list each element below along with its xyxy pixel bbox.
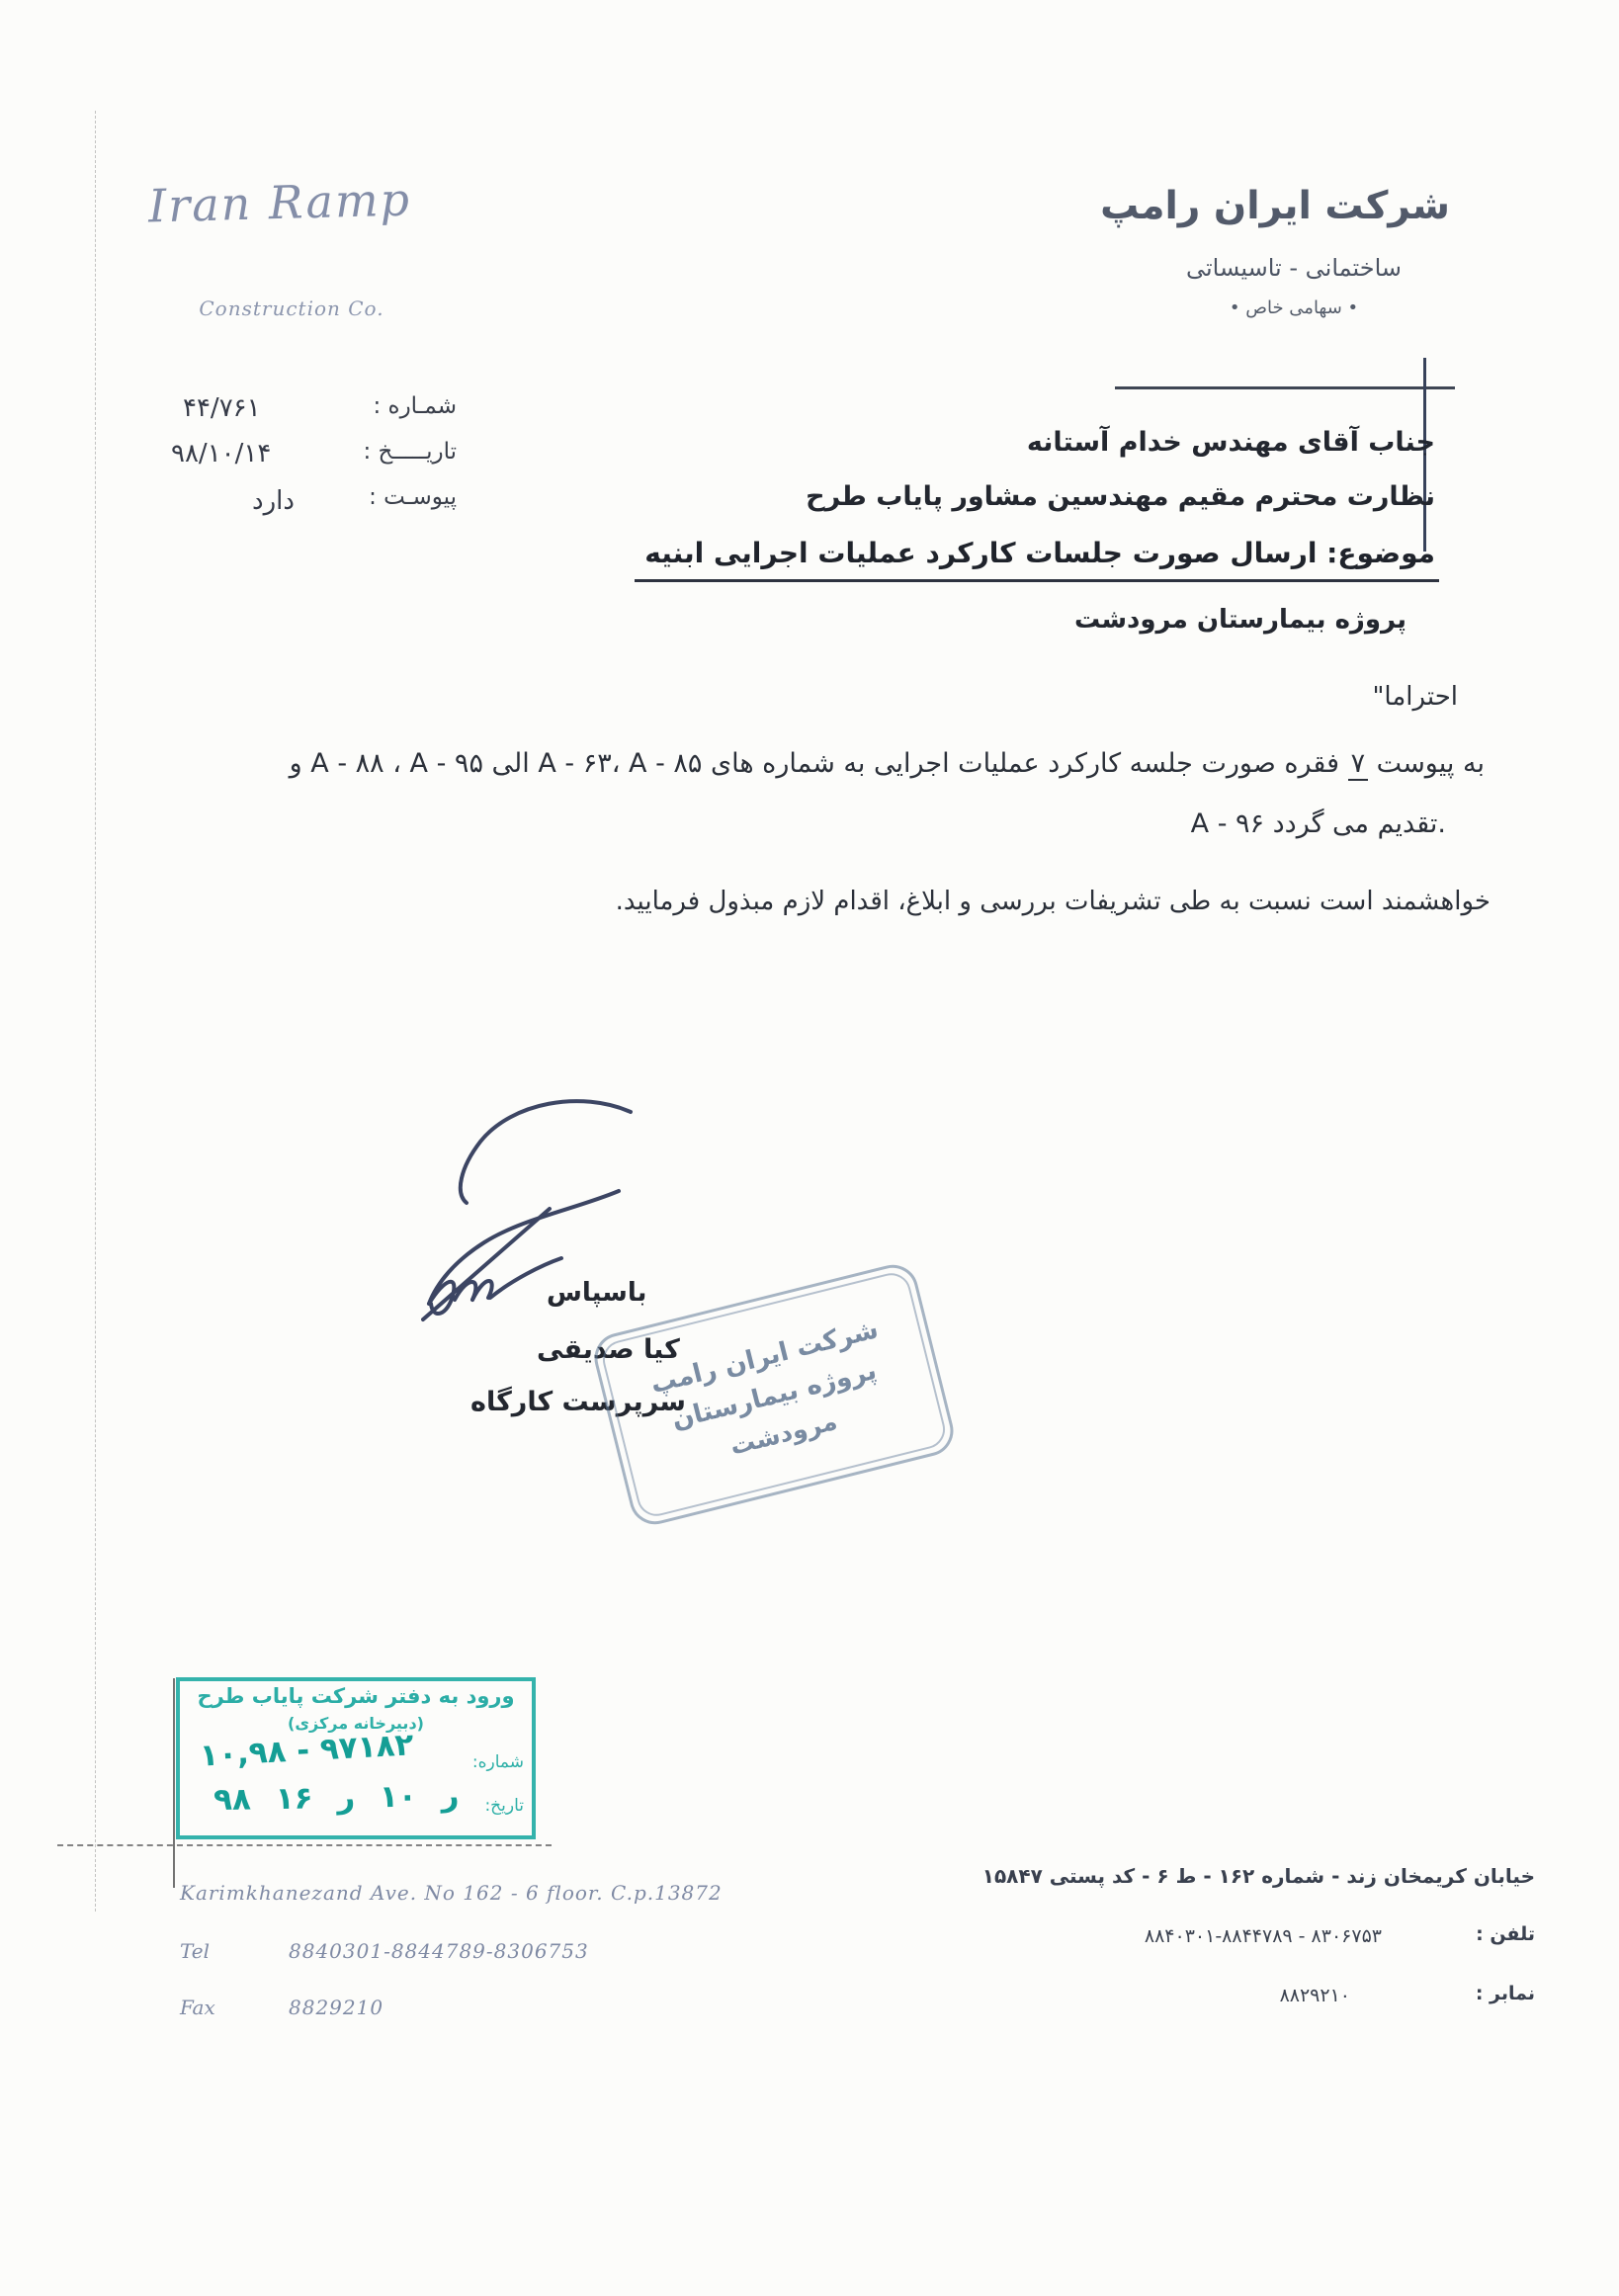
salutation: احتراما" <box>1372 682 1458 712</box>
received-stamp-number-label: شماره: <box>472 1752 524 1772</box>
received-stamp: ورود به دفتر شرکت پایاب طرح (دبیرخانه مر… <box>176 1677 536 1839</box>
company-logo-latin: Iran Ramp <box>116 172 443 234</box>
letter-date-label: تاریـــــخ : <box>363 439 457 465</box>
recipient-name: جناب آقای مهندس خدام آستانه <box>1027 427 1435 458</box>
company-kind: • سهامی خاص • <box>1138 298 1450 318</box>
letter-number-value: ‪۴۴/۷۶۱‬ <box>183 393 261 423</box>
footer-persian-address: خیابان کریمخان زند - شماره ۱۶۲ - ط ۶ - ک… <box>982 1864 1535 1888</box>
footer-persian-fax-value: ۸۸۲۹۲۱۰ <box>1280 1985 1350 2006</box>
closing-thanks: باسپاس <box>547 1278 646 1308</box>
request-line: خواهشمند است نسبت به طی تشریفات بررسی و … <box>616 887 1491 916</box>
footer-latin-fax-label: Fax <box>180 1996 215 2019</box>
scan-cross-vertical-line <box>173 1678 175 1888</box>
body-line-1: به پیوست ۷ فقره صورت جلسه کارکرد عملیات … <box>290 748 1485 779</box>
letter-number-label: شمـاره : <box>373 393 457 419</box>
attachment-count-underlined: ۷ <box>1348 748 1369 781</box>
company-logo-latin-subtitle: Construction Co. <box>148 297 435 320</box>
project-line: پروژه بیمارستان مرودشت <box>1074 605 1406 635</box>
body-line1-prefix: به پیوست <box>1368 748 1485 779</box>
company-type: ساختمانی - تاسیساتی <box>1138 254 1450 282</box>
header-horizontal-rule <box>1115 386 1455 389</box>
footer-persian-tel-value: ‪۸۸۴۰۳۰۱-۸۸۴۴۷۸۹ - ۸۳۰۶۷۵۳‬ <box>1145 1925 1382 1947</box>
footer-latin-fax-value: 8829210 <box>289 1996 383 2019</box>
company-name-persian: شرکت ایران رامپ <box>1138 184 1450 228</box>
received-stamp-title: ورود به دفتر شرکت پایاب طرح <box>180 1684 532 1708</box>
scan-edge-line <box>95 111 96 1912</box>
body-line1-rest: فقره صورت جلسه کارکرد عملیات اجرایی به ش… <box>290 748 1348 779</box>
recipient-organization: نظارت محترم مقیم مهندسین مشاور پایاب طرح <box>806 481 1435 512</box>
letter-attachment-value: دارد <box>252 486 295 516</box>
scan-cross-horizontal-line <box>57 1844 552 1846</box>
footer-latin-tel-label: Tel <box>180 1939 210 1963</box>
scanned-letter-page: Iran Ramp Construction Co. شرکت ایران را… <box>0 0 1619 2296</box>
letter-attachment-label: پیوسـت : <box>369 484 457 510</box>
footer-persian-tel-label: تلفن : <box>1476 1923 1535 1945</box>
footer-persian-fax-label: نمابر : <box>1476 1983 1535 2004</box>
received-stamp-date-value: ‪۹۸ ر ۱۰ ر ۱۶‬ <box>213 1778 460 1818</box>
footer-latin-tel-value: 8840301-8844789-8306753 <box>289 1939 589 1963</box>
letter-date-value: ‪۹۸/۱۰/۱۴‬ <box>171 439 271 468</box>
body-line-2: ‪A - ۹۶‬ تقدیم می گردد. <box>1191 808 1446 839</box>
subject-line: موضوع: ارسال صورت جلسات کارکرد عملیات اج… <box>635 537 1439 582</box>
letterhead-persian: شرکت ایران رامپ ساختمانی - تاسیساتی • سه… <box>1138 184 1450 318</box>
received-stamp-date-label: تاریخ: <box>484 1796 524 1816</box>
received-stamp-number-value: ‪۱۰,۹۸ - ۹۷۱۸۲‬ <box>199 1727 414 1773</box>
footer-latin-address: Karimkhanezand Ave. No 162 - 6 floor. C.… <box>180 1881 723 1905</box>
